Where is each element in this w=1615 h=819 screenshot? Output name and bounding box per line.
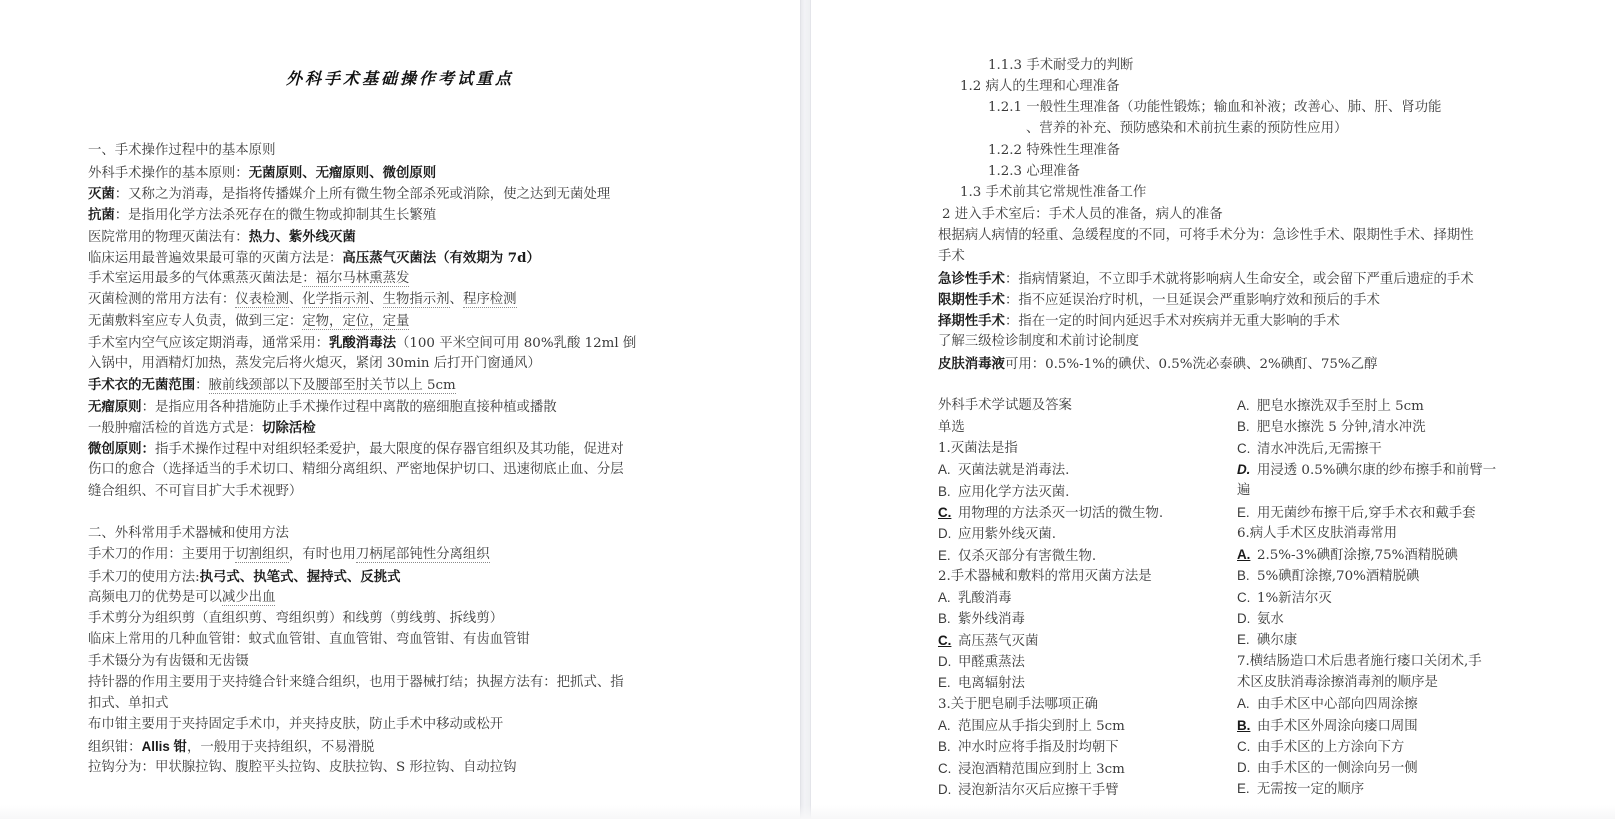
text-line: 布巾钳主要用于夹持固定手术巾，并夹持皮肤，防止手术中移动或松开 — [88, 714, 503, 736]
document-viewer: 外科手术基础操作考试重点 一、手术操作过程中的基本原则 外科手术操作的基本原则：… — [0, 0, 1615, 819]
text: ：是指应用各种措施防止手术操作过程中离散的癌细胞直接种植或播散 — [142, 400, 557, 415]
option-letter: B. — [1237, 565, 1257, 587]
option-text: 5%碘酊涂擦,70%酒精脱碘 — [1257, 569, 1419, 584]
text: ，一般用于夹持组织，不易滑脱 — [187, 740, 374, 755]
text-line: 灭菌：又称之为消毒，是指将传播媒介上所有微生物全部杀死或消除，使之达到无菌处理 — [88, 183, 610, 205]
text: ：指病情紧迫，不立即手术就将影响病人生命安全，或会留下严重后遗症的手术 — [1005, 272, 1474, 287]
option-text: 由手术区的上方涂向下方 — [1257, 740, 1404, 755]
section-heading-2: 二、外科常用手术器械和使用方法 — [88, 523, 289, 545]
dotted-text: ：福尔马林熏蒸发 — [302, 271, 409, 287]
option-text: 用无菌纱布擦干后,穿手术衣和戴手套 — [1257, 506, 1476, 521]
option-letter: D. — [1237, 459, 1257, 481]
quiz-option: B.肥皂水擦洗 5 分钟,清水冲洗 — [1237, 416, 1426, 438]
text: 手术室运用最多的气体熏蒸灭菌法是 — [88, 271, 302, 286]
option-text: 由手术区外周涂向瘘口周围 — [1257, 719, 1418, 734]
option-letter: E. — [1237, 502, 1257, 524]
option-letter: B. — [938, 736, 958, 758]
term-label: 微创原则： — [88, 441, 155, 457]
option-text: 用浸透 0.5%碘尔康的纱布擦手和前臂一 — [1257, 463, 1496, 478]
section-heading-1: 一、手术操作过程中的基本原则 — [88, 140, 275, 162]
option-text: 由手术区的一侧涂向另一侧 — [1257, 761, 1418, 776]
page-separator — [800, 0, 811, 819]
bold-text: 高压蒸气灭菌法（有效期为 7d） — [342, 250, 539, 266]
option-letter: A. — [938, 459, 958, 481]
text-line: 手术室内空气应该定期消毒，通常采用：乳酸消毒法（100 平米空间可用 80%乳酸… — [88, 332, 636, 354]
text: 医院常用的物理灭菌法有： — [88, 230, 249, 245]
term-label: 灭菌 — [88, 186, 115, 202]
option-text: 术区皮肤消毒涂擦消毒剂的顺序是 — [1237, 675, 1438, 690]
dotted-text: 化学指示剂 — [302, 292, 369, 308]
quiz-option: E.用无菌纱布擦干后,穿手术衣和戴手套 — [1237, 502, 1476, 524]
text-line: 抗菌：是指用化学方法杀死存在的微生物或抑制其生长繁殖 — [88, 204, 436, 226]
text-line: 手术 — [938, 246, 965, 268]
option-text: 甲醛熏蒸法 — [958, 655, 1025, 670]
bold-text: 无菌原则、无瘤原则、微创原则 — [249, 165, 436, 181]
quiz-question: 1.灭菌法是指 — [938, 438, 1018, 460]
quiz-option: A.范围应从手指尖到肘上 5cm — [938, 715, 1125, 737]
quiz-option: A.灭菌法就是消毒法. — [938, 459, 1069, 481]
bold-text: 乳酸消毒法 — [329, 335, 396, 351]
option-letter: A. — [1237, 693, 1257, 715]
option-letter: E. — [938, 672, 958, 694]
option-letter: D. — [938, 779, 958, 801]
text-line: 了解三级检诊制度和术前讨论制度 — [938, 331, 1139, 353]
quiz-option: C.浸泡酒精范围应到肘上 3cm — [938, 758, 1125, 780]
quiz-option: A.肥皂水擦洗双手至肘上 5cm — [1237, 395, 1424, 417]
quiz-question: 7.横结肠造口术后患者施行瘘口关闭术,手 — [1237, 651, 1482, 673]
quiz-question: 3.关于肥皂刷手法哪项正确 — [938, 694, 1098, 716]
bold-text: 热力、紫外线灭菌 — [249, 229, 356, 245]
text-line: 根据病人病情的轻重、急缓程度的不同，可将手术分为：急诊性手术、限期性手术、择期性 — [938, 225, 1474, 247]
option-text: 肥皂水擦洗双手至肘上 5cm — [1257, 399, 1424, 414]
text-line: 无瘤原则：是指应用各种措施防止手术操作过程中离散的癌细胞直接种植或播散 — [88, 396, 557, 418]
text: ：是指用化学方法杀死存在的微生物或抑制其生长繁殖 — [115, 208, 436, 223]
option-text: 范围应从手指尖到肘上 5cm — [958, 719, 1125, 734]
quiz-option: E.无需按一定的顺序 — [1237, 778, 1364, 800]
option-text: 由手术区中心部向四周涂擦 — [1257, 697, 1418, 712]
text-line: 高频电刀的优势是可以减少出血 — [88, 587, 275, 609]
text-line: 缝合组织、不可盲目扩大手术视野） — [88, 481, 302, 503]
option-letter: A. — [1237, 395, 1257, 417]
text-line: 一般肿瘤活检的首选方式是：切除活检 — [88, 417, 316, 439]
dotted-text: 腋前线颈部以下及腰部至肘关节以上 5cm — [209, 378, 456, 394]
quiz-question: 6.病人手术区皮肤消毒常用 — [1237, 523, 1397, 545]
text-line: 微创原则：指手术操作过程中对组织轻柔爱护，最大限度的保存器官组织及其功能，促进对 — [88, 438, 624, 460]
quiz-question: 遍 — [1237, 480, 1250, 502]
option-text: 乳酸消毒 — [958, 591, 1012, 606]
quiz-option: A.由手术区中心部向四周涂擦 — [1237, 693, 1418, 715]
option-text: 7.横结肠造口术后患者施行瘘口关闭术,手 — [1237, 654, 1482, 669]
term-label: 皮肤消毒液 — [938, 356, 1005, 372]
option-letter: E. — [938, 545, 958, 567]
term-label: 抗菌 — [88, 207, 115, 223]
dotted-text: 程序检测 — [463, 292, 517, 308]
option-text: 无需按一定的顺序 — [1257, 782, 1364, 797]
text-line: 入锅中，用酒精灯加热，蒸发完后将火熄灭，紧闭 30min 后打开门窗通风） — [88, 353, 541, 375]
quiz-option: B.应用化学方法灭菌. — [938, 481, 1069, 503]
option-letter: E. — [1237, 778, 1257, 800]
text-line: 临床运用最普遍效果最可靠的灭菌方法是：高压蒸气灭菌法（有效期为 7d） — [88, 247, 540, 269]
text: 高频电刀的优势是可以 — [88, 590, 222, 605]
option-text: 应用紫外线灭菌. — [958, 527, 1056, 542]
option-text: 1%新洁尔灭 — [1257, 591, 1332, 606]
quiz-option: D.用浸透 0.5%碘尔康的纱布擦手和前臂一 — [1237, 459, 1496, 481]
quiz-option: A.乳酸消毒 — [938, 587, 1012, 609]
text-line: 手术衣的无菌范围：腋前线颈部以下及腰部至肘关节以上 5cm — [88, 374, 456, 396]
option-text: 氨水 — [1257, 612, 1284, 627]
outline-item: 2 进入手术室后：手术人员的准备，病人的准备 — [942, 204, 1223, 226]
option-letter: B. — [938, 608, 958, 630]
option-letter: E. — [1237, 629, 1257, 651]
option-text: 碘尔康 — [1257, 633, 1297, 648]
term-label: 限期性手术 — [938, 292, 1005, 308]
text-line: 皮肤消毒液可用：0.5%-1%的碘伏、0.5%洗必泰碘、2%碘酊、75%乙醇 — [938, 353, 1377, 375]
quiz-option: C.由手术区的上方涂向下方 — [1237, 736, 1404, 758]
option-text: 2.5%-3%碘酊涂擦,75%酒精脱碘 — [1257, 548, 1458, 563]
text: 一般肿瘤活检的首选方式是： — [88, 421, 262, 436]
quiz-option: D.氨水 — [1237, 608, 1284, 630]
bold-text: Allis 钳 — [142, 739, 187, 754]
outline-item: 1.2.3 心理准备 — [988, 161, 1080, 183]
text-line: 临床上常用的几种血管钳：蚊式血管钳、直血管钳、弯血管钳、有齿血管钳 — [88, 629, 530, 651]
dotted-text: 切割组织 — [235, 547, 289, 563]
dotted-text: 生物指示剂 — [383, 292, 450, 308]
quiz-option: E.电离辐射法 — [938, 672, 1025, 694]
separator: 、 — [289, 292, 302, 307]
text-line: 外科手术操作的基本原则：无菌原则、无瘤原则、微创原则 — [88, 162, 436, 184]
correct-answer-letter: A. — [1237, 544, 1257, 566]
option-text: 1.灭菌法是指 — [938, 441, 1018, 456]
option-letter: C. — [1237, 587, 1257, 609]
text: 手术室内空气应该定期消毒，通常采用： — [88, 336, 329, 351]
quiz-option: B.冲水时应将手指及肘均朝下 — [938, 736, 1119, 758]
option-text: 用物理的方法杀灭一切活的微生物. — [958, 506, 1163, 521]
outline-item: 1.3 手术前其它常规性准备工作 — [960, 182, 1146, 204]
separator: 、 — [450, 292, 463, 307]
dotted-text: 刀柄尾部钝性分离组织 — [356, 547, 490, 563]
correct-answer-letter: C. — [938, 630, 958, 652]
option-letter: A. — [938, 587, 958, 609]
quiz-question: 2.手术器械和敷料的常用灭菌方法是 — [938, 566, 1152, 588]
option-letter: D. — [1237, 608, 1257, 630]
quiz-option: D.浸泡新洁尔灭后应擦干手臂 — [938, 779, 1119, 801]
text: 无菌敷料室应专人负责，做到三定： — [88, 314, 302, 329]
text: ：指在一定的时间内延迟手术对疾病并无重大影响的手术 — [1005, 314, 1340, 329]
correct-answer-letter: B. — [1237, 715, 1257, 737]
quiz-option: C.清水冲洗后,无需擦干 — [1237, 438, 1382, 460]
text-line: 急诊性手术：指病情紧迫，不立即手术就将影响病人生命安全，或会留下严重后遗症的手术 — [938, 268, 1474, 290]
option-text: 应用化学方法灭菌. — [958, 485, 1069, 500]
option-letter: D. — [938, 651, 958, 673]
text-line: 拉钩分为：甲状腺拉钩、腹腔平头拉钩、皮肤拉钩、S 形拉钩、自动拉钩 — [88, 757, 517, 779]
option-text: 仅杀灭部分有害微生物. — [958, 549, 1096, 564]
option-text: 浸泡新洁尔灭后应擦干手臂 — [958, 783, 1119, 798]
term-label: 急诊性手术 — [938, 271, 1005, 287]
outline-item: 1.1.3 手术耐受力的判断 — [988, 55, 1133, 77]
quiz-option: C.高压蒸气灭菌 — [938, 630, 1038, 652]
option-text: 肥皂水擦洗 5 分钟,清水冲洗 — [1257, 420, 1426, 435]
text-line: 无菌敷料室应专人负责，做到三定：定物，定位，定量 — [88, 311, 409, 333]
text-line: 手术剪分为组织剪（直组织剪、弯组织剪）和线剪（剪线剪、拆线剪） — [88, 608, 503, 630]
text-line: 手术室运用最多的气体熏蒸灭菌法是：福尔马林熏蒸发 — [88, 268, 409, 290]
option-text: 冲水时应将手指及肘均朝下 — [958, 740, 1119, 755]
text-line: 医院常用的物理灭菌法有：热力、紫外线灭菌 — [88, 226, 356, 248]
text: ： — [195, 378, 208, 393]
text-line: 组织钳：Allis 钳，一般用于夹持组织，不易滑脱 — [88, 736, 374, 758]
outline-item: 1.2 病人的生理和心理准备 — [960, 76, 1119, 98]
option-text: 2.手术器械和敷料的常用灭菌方法是 — [938, 569, 1152, 584]
quiz-type: 单选 — [938, 417, 965, 439]
bold-text: 执弓式、执笔式、握持式、反挑式 — [200, 569, 401, 585]
option-text: 紫外线消毒 — [958, 612, 1025, 627]
quiz-option: C.1%新洁尔灭 — [1237, 587, 1332, 609]
text-line: 手术刀的使用方法:执弓式、执笔式、握持式、反挑式 — [88, 566, 401, 588]
outline-item-continued: 、营养的补充、预防感染和术前抗生素的预防性应用） — [1026, 118, 1347, 140]
text-line: 扣式、单扣式 — [88, 693, 168, 715]
text-line: 手术刀的作用：主要用于切割组织，有时也用刀柄尾部钝性分离组织 — [88, 544, 490, 566]
option-letter: B. — [1237, 416, 1257, 438]
option-text: 遍 — [1237, 483, 1250, 498]
text: ，有时也用 — [289, 547, 356, 562]
text: （100 平米空间可用 80%乳酸 12ml 倒 — [396, 336, 636, 351]
document-page-left: 外科手术基础操作考试重点 一、手术操作过程中的基本原则 外科手术操作的基本原则：… — [0, 0, 800, 819]
quiz-option: D.由手术区的一侧涂向另一侧 — [1237, 757, 1418, 779]
quiz-heading: 外科手术学试题及答案 — [938, 395, 1072, 417]
text: 手术刀的使用方法: — [88, 570, 200, 585]
dotted-text: 减少出血 — [222, 590, 276, 606]
correct-answer-letter: C. — [938, 502, 958, 524]
dotted-text: 仪表检测 — [235, 292, 289, 308]
option-letter: C. — [938, 758, 958, 780]
option-text: 6.病人手术区皮肤消毒常用 — [1237, 526, 1397, 541]
option-text: 高压蒸气灭菌 — [958, 634, 1038, 649]
outline-item: 1.2.2 特殊性生理准备 — [988, 140, 1120, 162]
option-text: 浸泡酒精范围应到肘上 3cm — [958, 762, 1125, 777]
quiz-option: E.碘尔康 — [1237, 629, 1297, 651]
text: 外科手术操作的基本原则： — [88, 166, 249, 181]
quiz-option: C.用物理的方法杀灭一切活的微生物. — [938, 502, 1163, 524]
quiz-option: A.2.5%-3%碘酊涂擦,75%酒精脱碘 — [1237, 544, 1458, 566]
quiz-option: D.甲醛熏蒸法 — [938, 651, 1025, 673]
text-line: 灭菌检测的常用方法有：仪表检测、化学指示剂、生物指示剂、程序检测 — [88, 289, 517, 311]
text: 指手术操作过程中对组织轻柔爱护，最大限度的保存器官组织及其功能，促进对 — [155, 442, 624, 457]
option-letter: D. — [1237, 757, 1257, 779]
option-text: 清水冲洗后,无需擦干 — [1257, 442, 1382, 457]
option-letter: C. — [1237, 438, 1257, 460]
quiz-option: E.仅杀灭部分有害微生物. — [938, 545, 1096, 567]
option-text: 电离辐射法 — [958, 676, 1025, 691]
separator: 、 — [369, 292, 382, 307]
text-line: 手术镊分为有齿镊和无齿镊 — [88, 651, 249, 673]
text: 手术刀的作用：主要用于 — [88, 547, 235, 562]
outline-item: 1.2.1 一般性生理准备（功能性锻炼；输血和补液；改善心、肺、肝、肾功能 — [988, 97, 1441, 119]
document-page-right: 1.1.3 手术耐受力的判断 1.2 病人的生理和心理准备 1.2.1 一般性生… — [811, 0, 1615, 819]
text-line: 持针器的作用主要用于夹持缝合针来缝合组织，也用于器械打结；执握方法有：把抓式、指 — [88, 672, 624, 694]
option-letter: A. — [938, 715, 958, 737]
option-text: 灭菌法就是消毒法. — [958, 463, 1069, 478]
dotted-text: 定物，定位，定量 — [302, 314, 409, 330]
term-label: 手术衣的无菌范围 — [88, 377, 195, 393]
text-line: 伤口的愈合（选择适当的手术切口、精细分离组织、严密地保护切口、迅速彻底止血、分层 — [88, 459, 624, 481]
term-label: 择期性手术 — [938, 313, 1005, 329]
option-letter: D. — [938, 523, 958, 545]
option-letter: B. — [938, 481, 958, 503]
option-text: 3.关于肥皂刷手法哪项正确 — [938, 697, 1098, 712]
quiz-question: 术区皮肤消毒涂擦消毒剂的顺序是 — [1237, 672, 1438, 694]
term-label: 无瘤原则 — [88, 399, 142, 415]
text-line: 择期性手术：指在一定的时间内延迟手术对疾病并无重大影响的手术 — [938, 310, 1340, 332]
text: ：指不应延误治疗时机，一旦延误会严重影响疗效和预后的手术 — [1005, 293, 1380, 308]
text: 组织钳： — [88, 740, 142, 755]
quiz-option: B.5%碘酊涂擦,70%酒精脱碘 — [1237, 565, 1419, 587]
text: ：又称之为消毒，是指将传播媒介上所有微生物全部杀死或消除，使之达到无菌处理 — [115, 187, 610, 202]
bold-text: 切除活检 — [262, 420, 316, 436]
quiz-option: B.紫外线消毒 — [938, 608, 1025, 630]
text: 临床运用最普遍效果最可靠的灭菌方法是： — [88, 251, 342, 266]
document-title: 外科手术基础操作考试重点 — [0, 66, 800, 89]
quiz-option: B.由手术区外周涂向瘘口周围 — [1237, 715, 1418, 737]
text: 可用：0.5%-1%的碘伏、0.5%洗必泰碘、2%碘酊、75%乙醇 — [1005, 357, 1377, 372]
text-line: 限期性手术：指不应延误治疗时机，一旦延误会严重影响疗效和预后的手术 — [938, 289, 1380, 311]
text: 灭菌检测的常用方法有： — [88, 292, 235, 307]
option-letter: C. — [1237, 736, 1257, 758]
quiz-option: D.应用紫外线灭菌. — [938, 523, 1056, 545]
